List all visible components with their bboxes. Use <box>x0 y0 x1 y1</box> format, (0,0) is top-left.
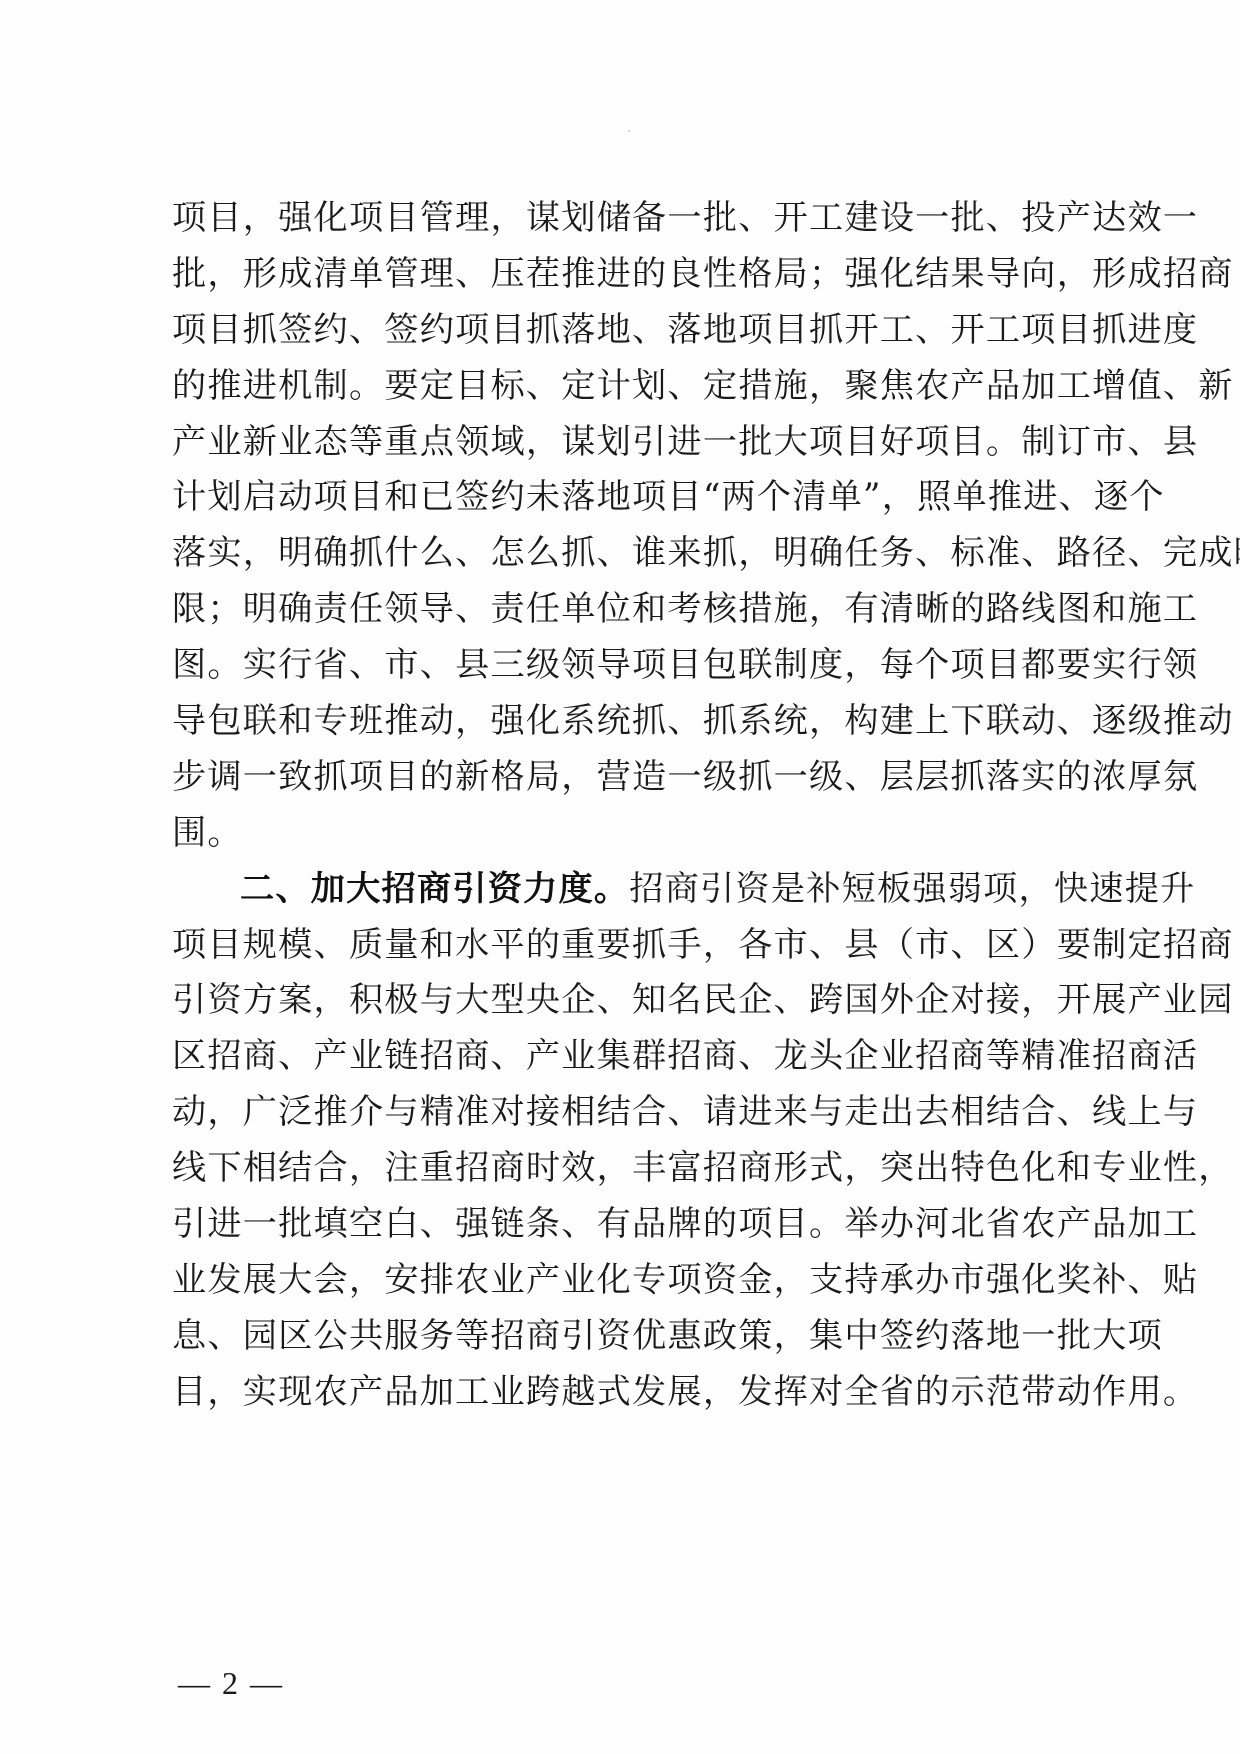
text-line: 目，实现农产品加工业跨越式发展，发挥对全省的示范带动作用。 <box>172 1365 1084 1421</box>
text-run: 招商引资是补短板强弱项，快速提升 <box>629 869 1195 909</box>
document-page: 项目，强化项目管理，谋划储备一批、开工建设一批、投产达效一 批，形成清单管理、压… <box>0 0 1240 1754</box>
text-line: 批，形成清单管理、压茬推进的良性格局；强化结果导向，形成招商 <box>172 247 1084 303</box>
text-line: 的推进机制。要定目标、定计划、定措施，聚焦农产品加工增值、新 <box>172 359 1084 415</box>
text-line: 引资方案，积极与大型央企、知名民企、跨国外企对接，开展产业园 <box>172 973 1084 1029</box>
text-line: 计划启动项目和已签约未落地项目“两个清单”，照单推进、逐个 <box>172 470 1084 526</box>
text-line: 项目，强化项目管理，谋划储备一批、开工建设一批、投产达效一 <box>172 191 1084 247</box>
text-line: 项目抓签约、签约项目抓落地、落地项目抓开工、开工项目抓进度 <box>172 303 1084 359</box>
text-line: 业发展大会，安排农业产业化专项资金，支持承办市强化奖补、贴 <box>172 1253 1084 1309</box>
section-heading-line: 二、加大招商引资力度。招商引资是补短板强弱项，快速提升 <box>172 862 1084 918</box>
text-line: 引进一批填空白、强链条、有品牌的项目。举办河北省农产品加工 <box>172 1197 1084 1253</box>
text-line: 导包联和专班推动，强化系统抓、抓系统，构建上下联动、逐级推动 <box>172 694 1084 750</box>
text-line: 区招商、产业链招商、产业集群招商、龙头企业招商等精准招商活 <box>172 1029 1084 1085</box>
section-heading: 二、加大招商引资力度。 <box>240 869 629 909</box>
text-line: 步调一致抓项目的新格局，营造一级抓一级、层层抓落实的浓厚氛 <box>172 750 1084 806</box>
scan-speck <box>628 130 630 132</box>
text-line: 动，广泛推介与精准对接相结合、请进来与走出去相结合、线上与 <box>172 1085 1084 1141</box>
body-text: 项目，强化项目管理，谋划储备一批、开工建设一批、投产达效一 批，形成清单管理、压… <box>172 191 1084 1421</box>
text-line: 项目规模、质量和水平的重要抓手，各市、县（市、区）要制定招商 <box>172 918 1084 974</box>
text-line: 限；明确责任领导、责任单位和考核措施，有清晰的路线图和施工 <box>172 582 1084 638</box>
text-line: 围。 <box>172 806 1084 862</box>
page-number: — 2 — <box>178 1665 284 1702</box>
paragraph-project-management: 项目，强化项目管理，谋划储备一批、开工建设一批、投产达效一 批，形成清单管理、压… <box>172 191 1084 862</box>
text-line: 落实，明确抓什么、怎么抓、谁来抓，明确任务、标准、路径、完成时 <box>172 526 1084 582</box>
text-line: 产业新业态等重点领域，谋划引进一批大项目好项目。制订市、县 <box>172 415 1084 471</box>
paragraph-investment-promotion: 二、加大招商引资力度。招商引资是补短板强弱项，快速提升 项目规模、质量和水平的重… <box>172 862 1084 1421</box>
text-line: 线下相结合，注重招商时效，丰富招商形式，突出特色化和专业性， <box>172 1141 1084 1197</box>
text-line: 图。实行省、市、县三级领导项目包联制度，每个项目都要实行领 <box>172 638 1084 694</box>
text-line: 息、园区公共服务等招商引资优惠政策，集中签约落地一批大项 <box>172 1309 1084 1365</box>
